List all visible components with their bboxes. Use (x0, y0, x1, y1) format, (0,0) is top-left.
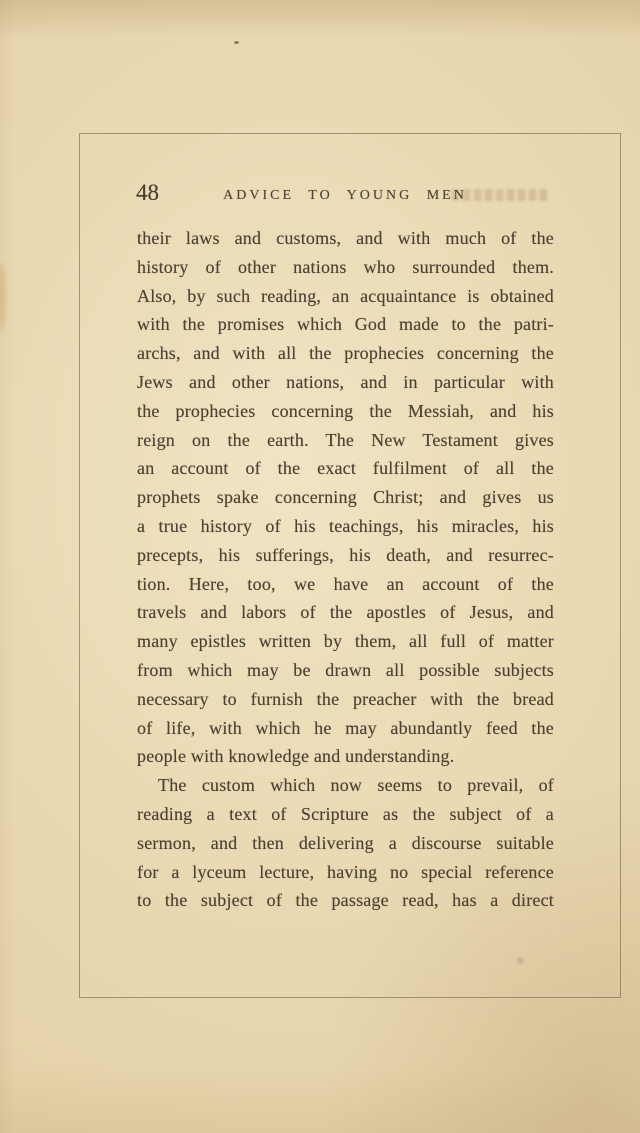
text-line: travels and labors of the apostles of Je… (137, 598, 554, 627)
text-line: sermon, and then delivering a discourse … (137, 829, 554, 858)
text-line: people with knowledge and understanding. (137, 742, 554, 771)
text-line: Also, by such reading, an acquaintance i… (137, 282, 554, 311)
text-line: necessary to furnish the preacher with t… (137, 685, 554, 714)
text-line: many epistles written by them, all full … (137, 627, 554, 656)
text-line: prophets spake concerning Christ; and gi… (137, 483, 554, 512)
paper-smudge (0, 262, 5, 332)
paper-speck (234, 41, 239, 44)
book-page-scan: 48 ADVICE TO YOUNG MEN their laws and cu… (0, 0, 640, 1133)
text-line: for a lyceum lecture, having no special … (137, 858, 554, 887)
text-line: a true history of his teachings, his mir… (137, 512, 554, 541)
text-line: precepts, his sufferings, his death, and… (137, 541, 554, 570)
text-line: from which may be drawn all possible sub… (137, 656, 554, 685)
running-header: ADVICE TO YOUNG MEN (137, 188, 553, 204)
text-line: of life, with which he may abundantly fe… (137, 714, 554, 743)
text-line: tion. Here, too, we have an account of t… (137, 570, 554, 599)
body-text: their laws and customs, and with much of… (137, 224, 554, 915)
text-line: Jews and other nations, and in particula… (137, 368, 554, 397)
text-line: The custom which now seems to prevail, o… (137, 771, 554, 800)
paper-speck (517, 957, 524, 964)
text-line: an account of the exact fulfilment of al… (137, 454, 554, 483)
text-line: their laws and customs, and with much of… (137, 224, 554, 253)
text-line: with the promises which God made to the … (137, 310, 554, 339)
text-line: to the subject of the passage read, has … (137, 886, 554, 915)
text-line: archs, and with all the prophecies conce… (137, 339, 554, 368)
text-line: history of other nations who surrounded … (137, 253, 554, 282)
text-line: reading a text of Scripture as the subje… (137, 800, 554, 829)
text-line: reign on the earth. The New Testament gi… (137, 426, 554, 455)
text-line: the prophecies concerning the Messiah, a… (137, 397, 554, 426)
